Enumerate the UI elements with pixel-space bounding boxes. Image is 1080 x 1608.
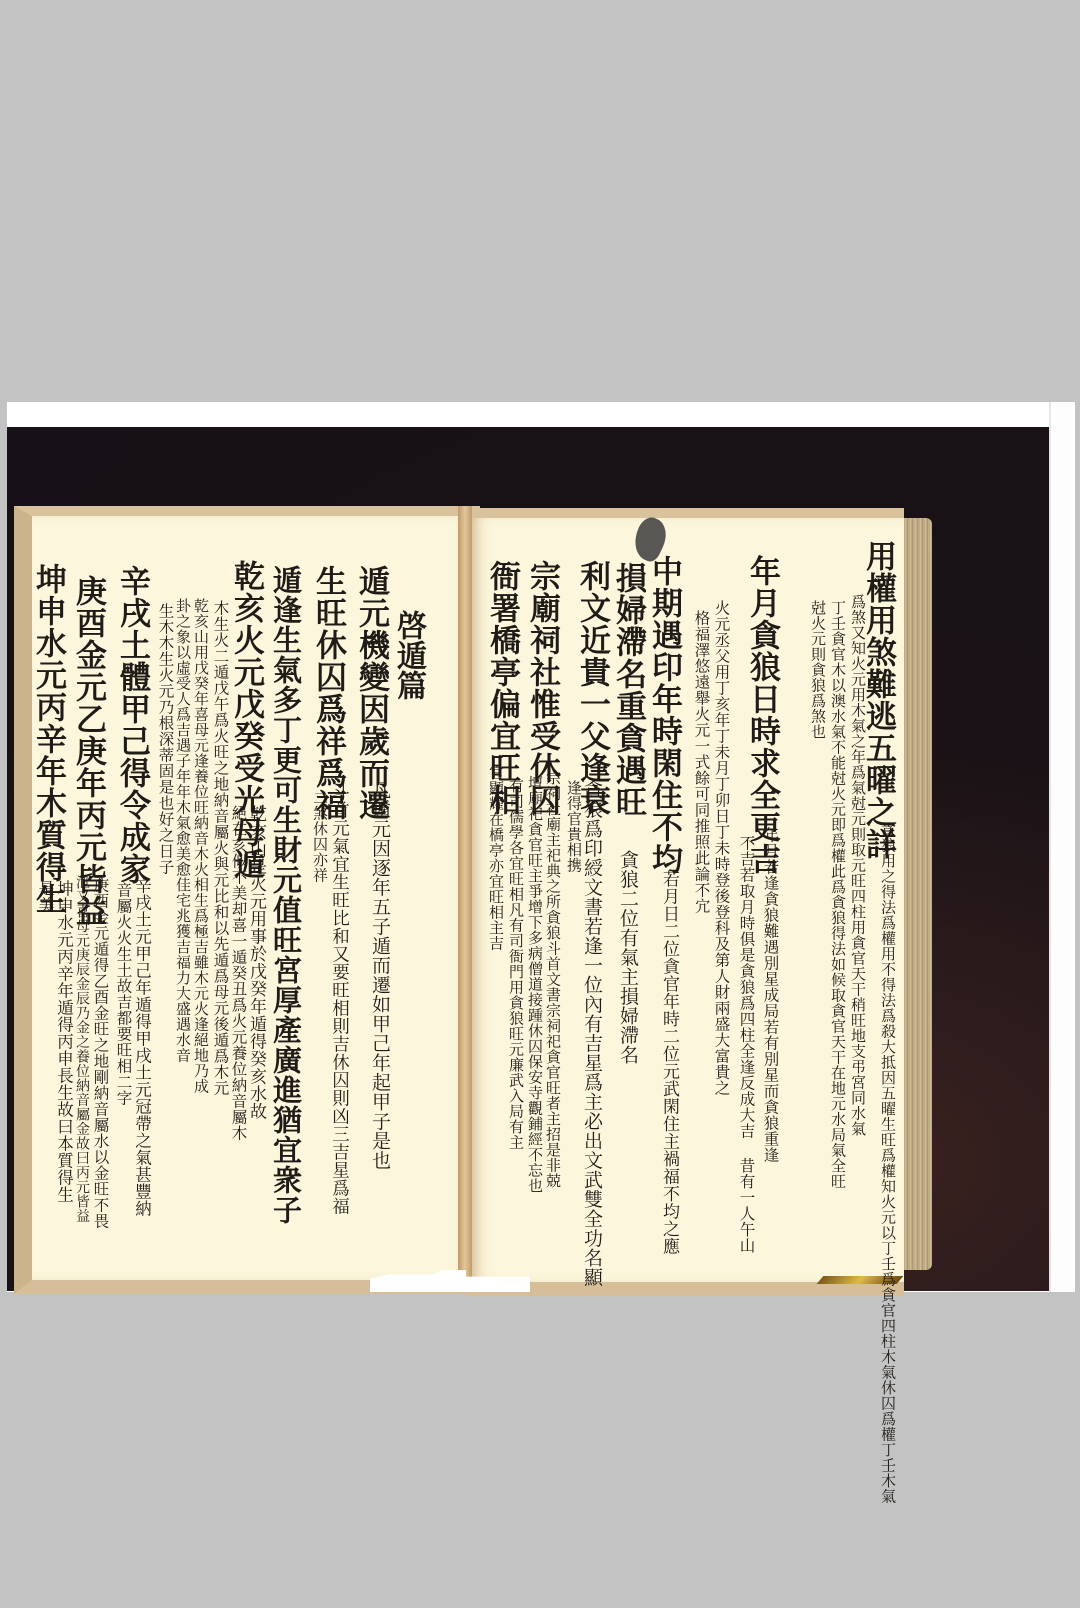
frame-right-margin xyxy=(1049,402,1075,1292)
text-column-annotation: 年月若逢貪狼難遇別星成局若有別星而貪狼重逢 xyxy=(762,827,778,1163)
text-column-annotation: 生木木生火元乃根深蒂固是也好之日子 xyxy=(157,603,173,875)
text-column-annotation: 斗首元氣宜生旺比和又要旺相則吉休囚則凶三吉星爲福 xyxy=(330,783,348,1215)
text-column-annotation: 凡遁元因逐年五子遁而遷如甲己年起甲子是也 xyxy=(370,780,389,1170)
text-column-annotation: 格福澤悠遠舉火元一式餘可同推照此論不宂 xyxy=(693,610,709,914)
text-column-heading: 損婦滯名重貪遇旺 xyxy=(612,562,643,818)
text-column-annotation: 辛戌土元甲己年遁得甲戌土元冠帶之氣甚豐納 xyxy=(133,877,150,1217)
text-column-annotation: 尅火元則貪狼爲煞也 xyxy=(810,600,825,740)
text-column-annotation: 壇廟祀貪官旺主爭增下多病僧道接踵休囚保安寺觀鋪經不忘也 xyxy=(527,775,542,1194)
text-column-annotation: 貪狼爲印綬文書若逢一位內有吉星爲主必出文武雙全功名顯 xyxy=(582,780,601,1287)
text-column-annotation: 卦之象以虛受人爲吉遇子年年木氣愈美愈佳宅兆獲吉福力大盛遇水音 xyxy=(175,598,190,1063)
text-column-annotation: 貪狼二位有氣主損婦滯名 xyxy=(618,850,637,1065)
text-column-annotation: 坤申水元丙辛年遁得丙申長生故曰本質得生 xyxy=(55,880,72,1203)
page-edges xyxy=(904,518,932,1270)
text-column-annotation: 木生火二遁戊午爲火旺之地納音屬火與元比和以先遁爲母元後遁爲木元 xyxy=(212,600,228,1096)
text-column-heading: 辛戌土體甲己得令成家 xyxy=(116,565,147,885)
text-column-annotation: 乾亥山用戊癸年喜母元逢養位旺納音木火相生爲極吉雖木元火逢絕地乃成 xyxy=(193,598,208,1094)
text-column-heading: 坤申水元丙辛年木質得生 xyxy=(32,563,63,915)
text-column-annotation: 火元丞父用丁亥年丁未月丁卯日丁未時登後登科及第人財兩盛大富貴之 xyxy=(713,600,729,1096)
book-gutter xyxy=(458,506,472,1282)
text-column-heading: 遁逢生氣多丁更可生財元值旺宮厚產廣進猶宜衆子 xyxy=(271,565,300,1225)
text-column-annotation: 爲煞又知火元用木氣之年爲氣尅元則取元旺四柱用貪官天干稍旺地支弔宮同水氣 xyxy=(850,594,865,1137)
text-column-heading: 利文近貴一父逢衰 xyxy=(576,560,607,816)
text-column-annotation: 逢得官貴相携 xyxy=(566,780,581,873)
text-column-annotation: 庚酉金元遁得乙酉金旺之地剛納音屬水以金旺不畏 xyxy=(92,877,108,1229)
text-column-annotation: 泄又喜母元庚辰金辰乃金之養位納音屬金故曰丙元皆益 xyxy=(75,875,89,1223)
text-column-heading: 中期遇印年時閑住不均 xyxy=(648,555,679,875)
text-column-annotation: 丁壬貪官木以澳水氣不能尅火元即爲權此爲貪狼得法如候取貪官天干在地元水局氣全旺 xyxy=(830,600,845,1189)
text-column-annotation: 不吉若取月時俱是貪狼爲四柱全逢反成大吉 昔有一人午山 xyxy=(738,835,754,1254)
text-column-annotation: 絕在亥似不美却喜一遁癸丑爲火元養位納音屬木 xyxy=(230,805,246,1141)
text-column-annotation: 有司儒學各宜旺相凡有司衙門用貪狼旺元廉武入局有主 xyxy=(508,778,523,1150)
text-column-annotation: 是美 xyxy=(37,880,53,913)
text-column-annotation: 二煞休囚亦祥 xyxy=(312,790,327,883)
text-column-annotation: 音屬火火生土故吉都要旺相二字 xyxy=(115,882,131,1106)
text-column-annotation: 官顯耀在橋亭亦宜旺相主吉 xyxy=(488,765,503,951)
text-column-annotation: 宗祠社廟主祀典之所貪狼斗首文書宗祠祀貪官旺者主招是非兢 xyxy=(545,770,560,1189)
text-column-annotation: 貪狼用之得法爲權用不得法爲殺大抵因五曜生旺爲權知火元以丁壬爲貪官四柱木氣休囚爲權… xyxy=(880,822,895,1504)
chapter-title: 啓遁篇 xyxy=(393,610,423,700)
text-column-annotation: 若月日二位貪官年時二位元武閑住主禍福不均之應 xyxy=(660,870,677,1255)
text-column-annotation: 乾亥山是火元用事於戊癸年遁得癸亥水故 xyxy=(247,805,264,1120)
